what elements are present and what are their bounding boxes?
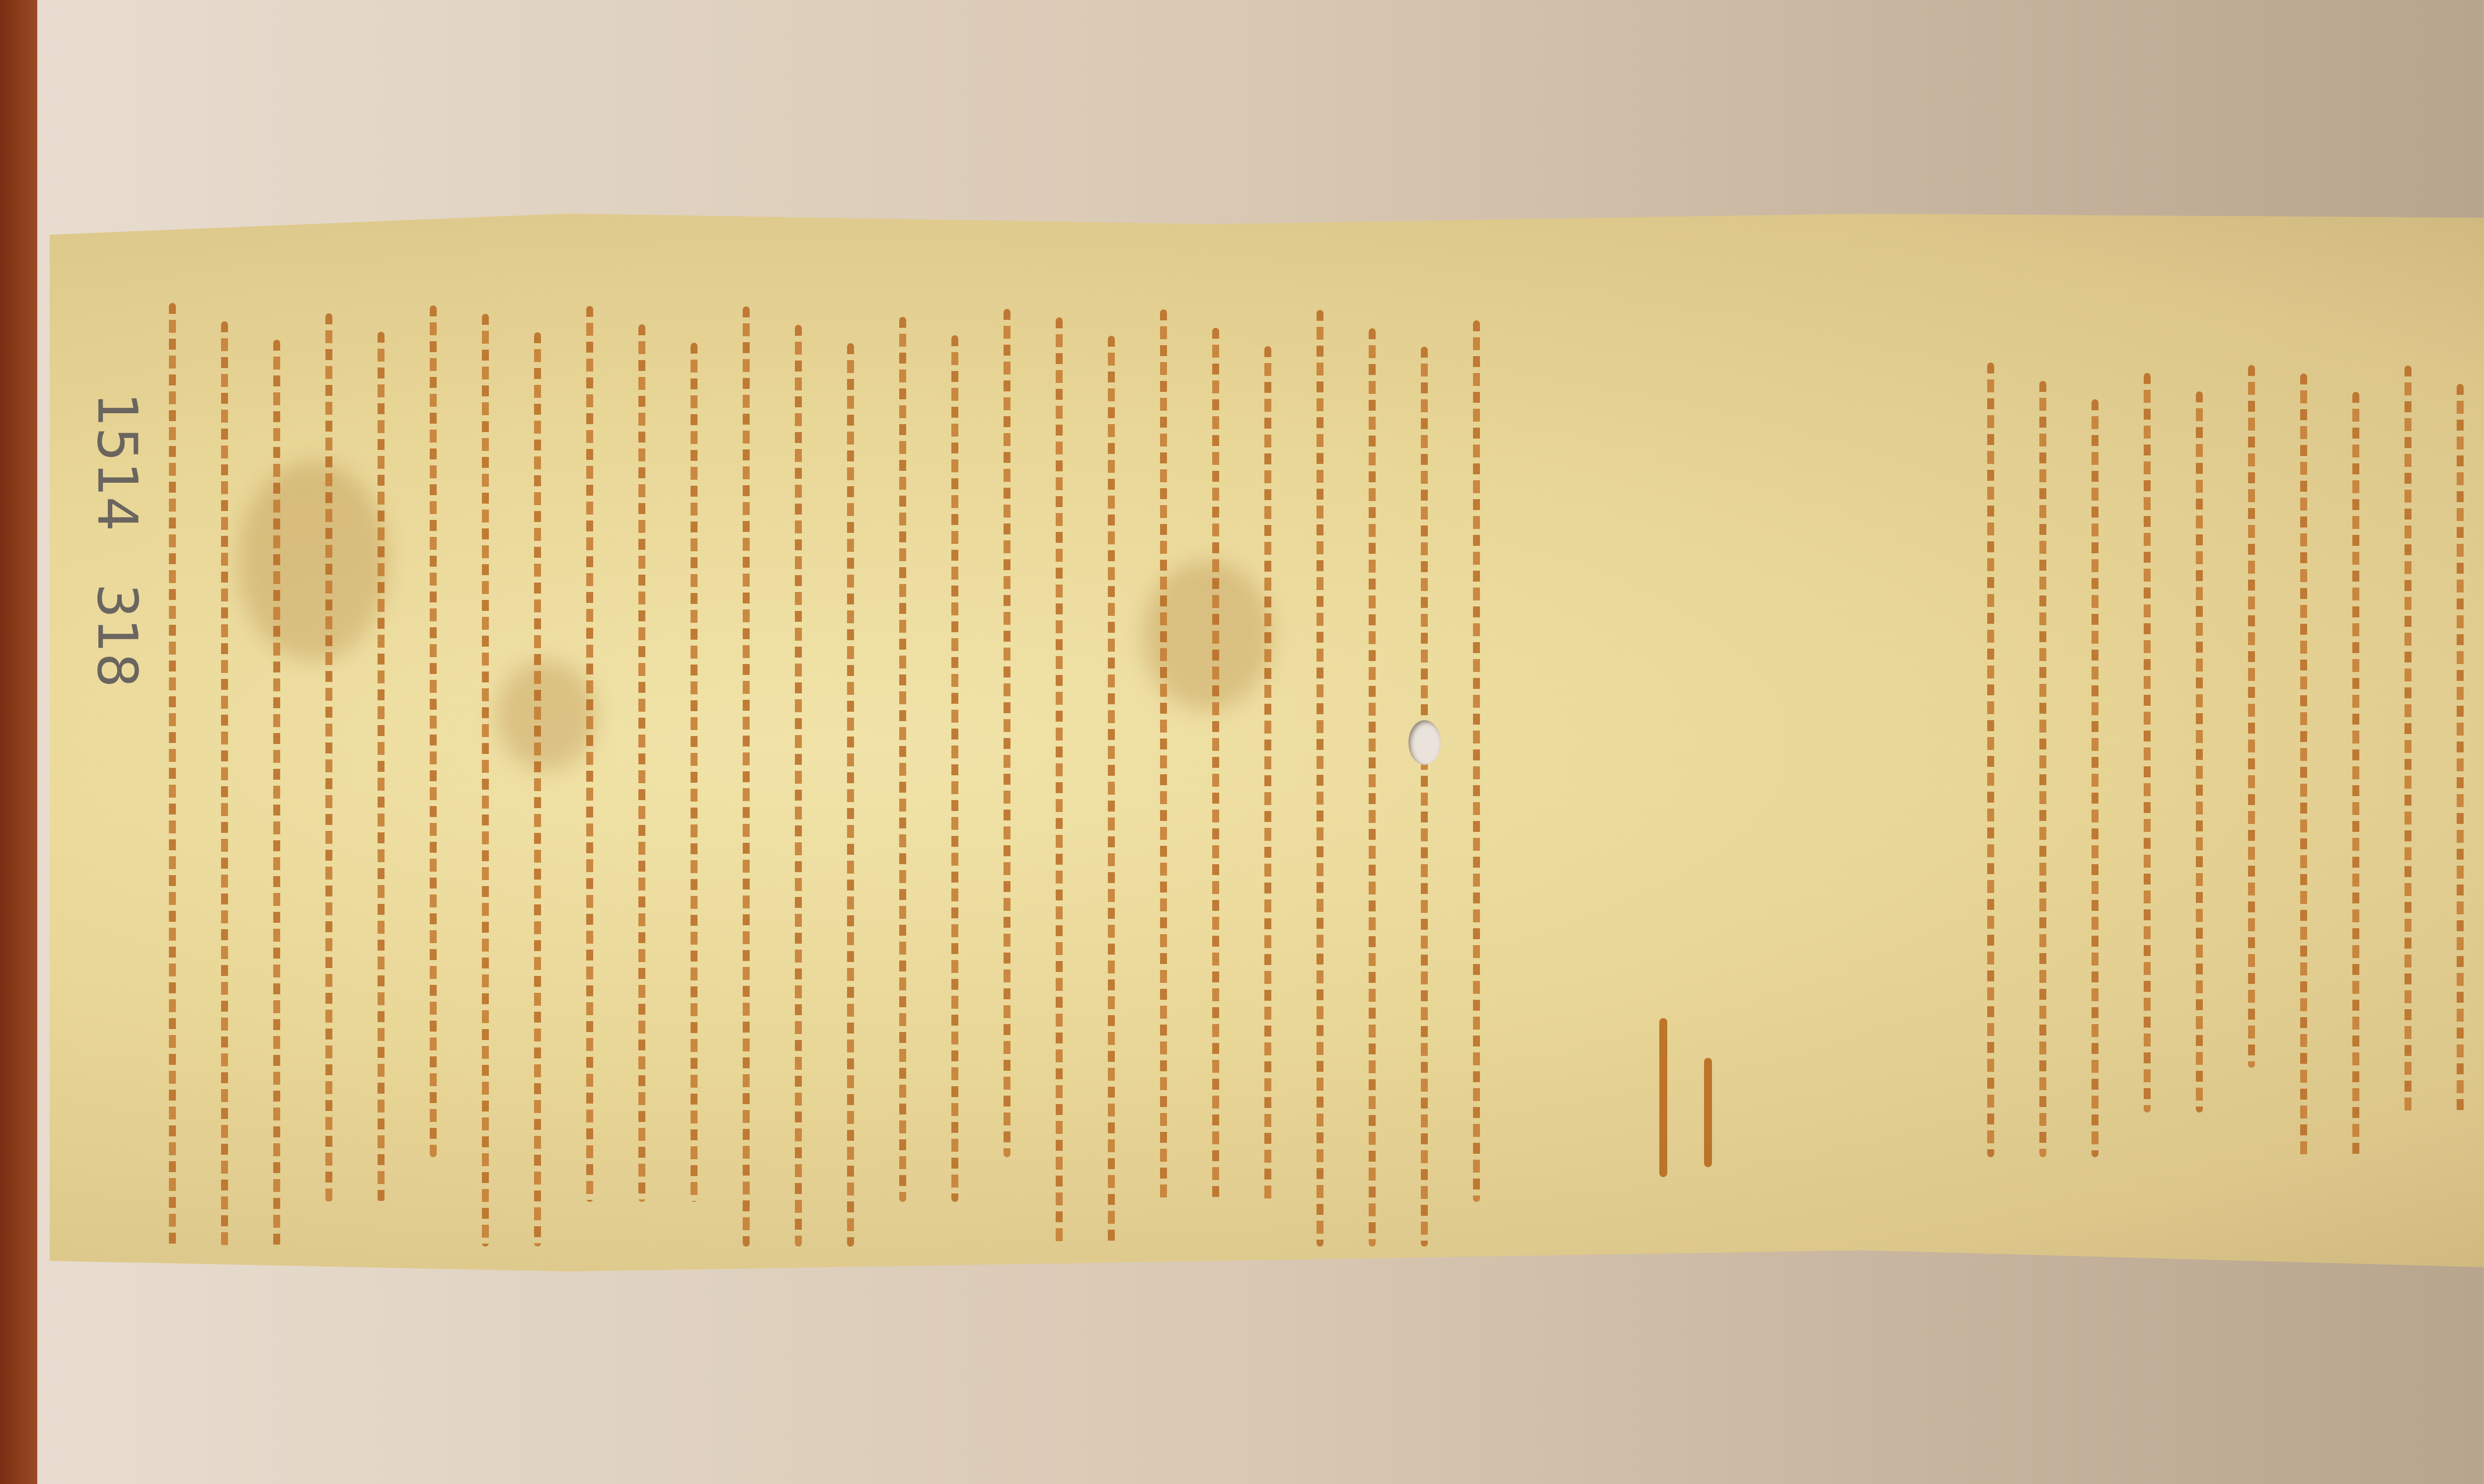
handwritten-line <box>2196 391 2203 1113</box>
handwritten-line <box>1987 363 1994 1157</box>
handwritten-line <box>951 335 958 1202</box>
handwritten-line <box>795 325 802 1247</box>
handwritten-line <box>1160 309 1167 1202</box>
handwritten-line <box>1473 320 1480 1202</box>
handwritten-line <box>1264 346 1271 1202</box>
handwritten-line <box>325 313 332 1202</box>
handwritten-line <box>1317 310 1323 1247</box>
handwritten-line <box>2248 365 2255 1068</box>
handwritten-line <box>1108 336 1115 1247</box>
handwritten-line <box>847 343 854 1247</box>
punched-hole <box>1408 720 1441 765</box>
handwritten-line <box>2457 384 2464 1113</box>
handwritten-line <box>1056 317 1063 1247</box>
handwritten-line <box>2144 373 2151 1113</box>
folio-number: 1514 318 <box>85 392 149 688</box>
stain <box>238 462 388 661</box>
handwritten-line <box>169 303 176 1247</box>
handwritten-line <box>691 343 698 1202</box>
folio-mark-primary: 1514 <box>85 392 149 531</box>
handwritten-line <box>638 324 645 1202</box>
folio-mark-secondary: 318 <box>85 584 149 688</box>
stain <box>497 661 596 770</box>
handwritten-line <box>1369 328 1376 1247</box>
handwritten-line <box>1421 347 1428 1247</box>
handwritten-line <box>2039 381 2046 1157</box>
table-edge <box>0 0 37 1484</box>
handwritten-line <box>2405 366 2411 1113</box>
handwritten-line <box>430 305 437 1157</box>
handwritten-line <box>2300 373 2307 1157</box>
handwritten-line <box>2352 392 2359 1157</box>
handwritten-line <box>378 332 385 1202</box>
handwritten-line <box>1212 328 1219 1202</box>
handwritten-line <box>1004 309 1010 1157</box>
handwritten-line <box>2092 399 2098 1157</box>
handwritten-line <box>273 340 280 1247</box>
handwritten-line <box>482 314 489 1247</box>
handwritten-line <box>586 306 593 1202</box>
signature-mark <box>1704 1058 1712 1167</box>
handwritten-line <box>534 332 541 1247</box>
handwritten-line <box>899 317 906 1202</box>
handwritten-line <box>221 321 228 1247</box>
signature-mark <box>1659 1018 1667 1177</box>
manuscript-sheet: 1514 318 <box>50 214 2484 1271</box>
handwritten-line <box>743 306 750 1247</box>
